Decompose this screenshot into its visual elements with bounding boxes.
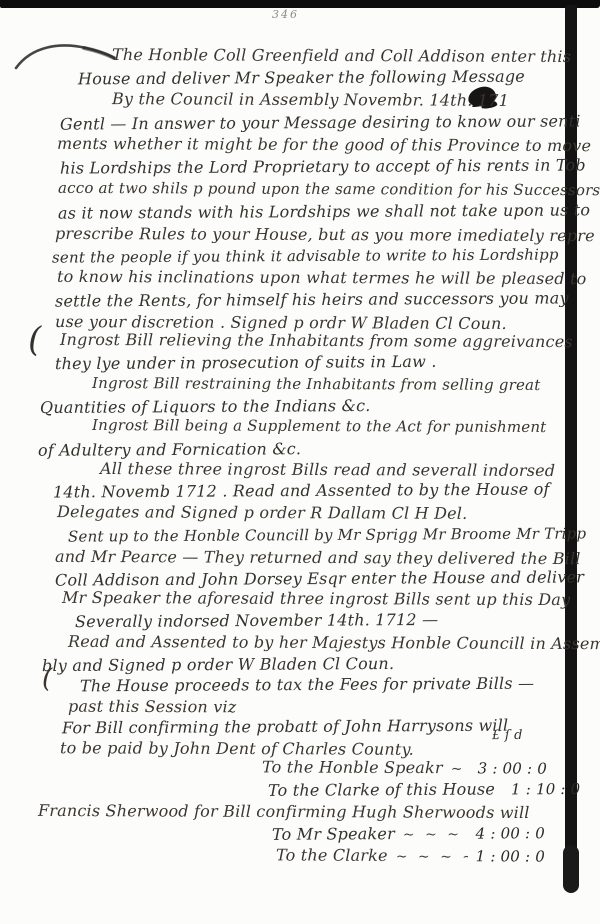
manuscript-line: Read and Assented to by her Majestys Hon… [68, 632, 600, 653]
manuscript-line: ments whether it might be for the good o… [57, 134, 591, 155]
manuscript-line: prescribe Rules to your House, but as yo… [55, 224, 595, 245]
fee-dash-fill: ~ ~ ~ ~ ~ ~ ~ ~ [451, 761, 470, 777]
manuscript-line: By the Council in Assembly Novembr. 14th… [112, 89, 509, 110]
manuscript-line: of Adultery and Fornication &c. [38, 439, 301, 460]
fee-label: To Mr Speaker [272, 824, 395, 844]
manuscript-line: Ingrost Bill restraining the Inhabitants… [92, 374, 541, 394]
manuscript-line: settle the Rents, for himself his heirs … [55, 288, 569, 310]
manuscript-line: Francis Sherwood for Bill confirming Hug… [38, 801, 530, 822]
manuscript-line: 14th. Novemb 1712 . Read and Assented to… [53, 479, 550, 501]
manuscript-line: sent the people if you think it advisabl… [52, 245, 559, 266]
manuscript-line: past this Session viz [68, 697, 237, 717]
manuscript-line: acco at two shils p pound upon the same … [58, 179, 600, 199]
manuscript-line: All these three ingrost Bills read and s… [100, 459, 555, 480]
fee-line: To the Clarke of this House~ ~ ~ ~ ~1 : … [268, 779, 545, 800]
fee-line: To the Clarke~ ~ ~ ~ ~ ~ ~ ~1 : 00 : 0 [276, 845, 545, 865]
manuscript-line: The House proceeds to tax the Fees for p… [80, 674, 534, 696]
fee-amount: 3 : 00 : 0 [478, 759, 547, 777]
manuscript-line: they lye under in prosecution of suits i… [55, 352, 437, 373]
fee-label: To the Clarke [276, 845, 388, 864]
fee-label: To the Honble Speakr [262, 757, 443, 777]
manuscript-line: Delegates and Signed p order R Dallam Cl… [57, 502, 468, 523]
manuscript-line: Sent up to the Honble Councill by Mr Spr… [68, 524, 586, 545]
manuscript-line: as it now stands with his Lordships we s… [58, 200, 590, 222]
manuscript-line: Severally indorsed November 14th. 1712 — [75, 610, 438, 631]
manuscript-line: ( [28, 320, 42, 360]
manuscript-page: { "page": { "number": "346" }, "scan": {… [0, 0, 600, 924]
manuscript-line: ( [42, 664, 52, 694]
fee-label: To the Clarke of this House [268, 779, 495, 799]
manuscript-line: Coll Addison and John Dorsey Esqr enter … [55, 567, 584, 589]
manuscript-line: House and deliver Mr Speaker the followi… [78, 67, 525, 89]
manuscript-lines: The Honble Coll Greenfield and Coll Addi… [0, 0, 600, 924]
manuscript-line: his Lordships the Lord Proprietary to ac… [60, 155, 586, 177]
fee-line: To the Honble Speakr~ ~ ~ ~ ~ ~ ~ ~3 : 0… [262, 757, 547, 777]
fee-amount: 1 : 00 : 0 [476, 847, 545, 865]
manuscript-line: Quantities of Liquors to the Indians &c. [40, 396, 371, 417]
fee-amount: 1 : 10 : 0 [511, 780, 580, 798]
manuscript-line: The Honble Coll Greenfield and Coll Addi… [112, 45, 571, 66]
manuscript-line: Ingrost Bill being a Supplement to the A… [92, 416, 547, 436]
fee-line: To Mr Speaker~ ~ ~ ~ ~ ~ ~ ~4 : 00 : 0 [272, 823, 545, 844]
manuscript-line: and Mr Pearce — They returned and say th… [55, 547, 581, 568]
manuscript-line: Ingrost Bill relieving the Inhabitants f… [60, 330, 573, 351]
fee-dash-fill: ~ ~ ~ ~ ~ ~ ~ ~ [396, 849, 468, 865]
manuscript-line: Gentl — In answer to your Message desiri… [60, 111, 581, 133]
manuscript-line: bly and Signed p order W Bladen Cl Coun. [42, 654, 394, 675]
manuscript-line: For Bill confirming the probatt of John … [62, 716, 508, 738]
fee-dash-fill: ~ ~ ~ ~ ~ ~ ~ ~ [403, 827, 468, 843]
manuscript-line: to be paid by John Dent of Charles Count… [60, 738, 414, 759]
manuscript-line: £ ſ d [492, 728, 523, 743]
manuscript-line: to know his inclinations upon what terme… [57, 267, 587, 288]
fee-amount: 4 : 00 : 0 [476, 824, 545, 842]
manuscript-line: Mr Speaker the aforesaid three ingrost B… [62, 588, 570, 609]
